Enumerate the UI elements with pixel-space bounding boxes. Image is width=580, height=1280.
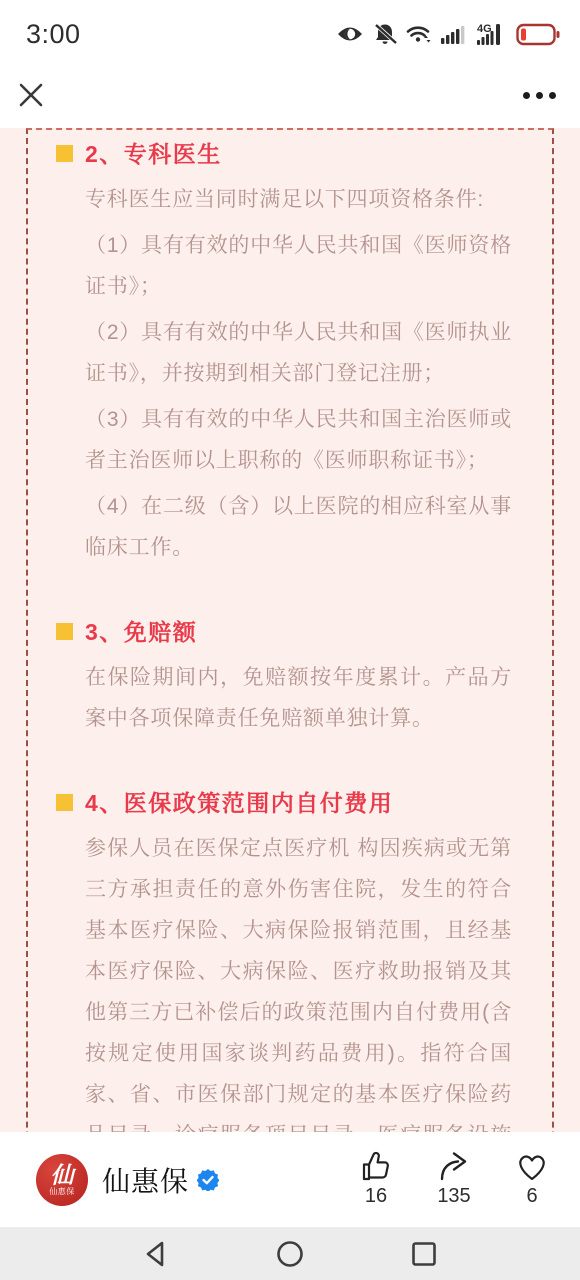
home-circle-icon [275, 1239, 305, 1269]
phone-screen: 3:00 [0, 0, 580, 1280]
recents-button[interactable] [403, 1233, 445, 1275]
dot-icon [536, 92, 543, 99]
share-button[interactable]: 135 [430, 1151, 478, 1208]
back-button[interactable] [135, 1233, 177, 1275]
logo-character: 仙 [51, 1163, 74, 1187]
bullet-square-icon [56, 145, 73, 162]
section-heading: 4、医保政策范围内自付费用 [56, 789, 512, 817]
bullet-square-icon [56, 794, 73, 811]
heart-icon [515, 1151, 549, 1183]
favorite-count: 6 [526, 1185, 537, 1208]
clock: 3:00 [26, 19, 81, 50]
paragraph: （4）在二级（含）以上医院的相应科室从事临床工作。 [85, 486, 512, 568]
battery-low-icon [516, 23, 560, 46]
engagement-actions: 16 135 6 [352, 1151, 556, 1208]
4g-signal-icon: 4G [477, 22, 507, 46]
signal-icon [441, 24, 468, 45]
section-heading: 3、免赔额 [56, 618, 512, 646]
eye-protection-icon [336, 24, 364, 44]
account-name: 仙惠保 [102, 1160, 189, 1200]
paragraph: （2）具有有效的中华人民共和国《医师执业证书》，并按期到相关部门登记注册； [85, 312, 512, 394]
app-bar [0, 62, 580, 128]
paragraph: 参保人员在医保定点医疗机 构因疾病或无第三方承担责任的意外伤害住院，发生的符合基… [85, 828, 512, 1132]
home-button[interactable] [269, 1233, 311, 1275]
section-deductible: 3、免赔额 在保险期间内，免赔额按年度累计。产品方案中各项保障责任免赔额单独计算… [56, 618, 512, 739]
section-body: 在保险期间内，免赔额按年度累计。产品方案中各项保障责任免赔额单独计算。 [85, 657, 512, 739]
dashed-border-box: 2、专科医生 专科医生应当同时满足以下四项资格条件: （1）具有有效的中华人民共… [26, 128, 554, 1132]
favorite-button[interactable]: 6 [508, 1151, 556, 1208]
section-heading-text: 4、医保政策范围内自付费用 [85, 789, 393, 817]
wifi-icon [406, 24, 432, 45]
section-body: 专科医生应当同时满足以下四项资格条件: （1）具有有效的中华人民共和国《医师资格… [85, 179, 512, 568]
paragraph: （3）具有有效的中华人民共和国主治医师或者主治医师以上职称的《医师职称证书》； [85, 399, 512, 481]
section-self-paid-expenses: 4、医保政策范围内自付费用 参保人员在医保定点医疗机 构因疾病或无第三方承担责任… [56, 789, 512, 1132]
verified-badge-icon [197, 1169, 219, 1191]
section-heading-text: 2、专科医生 [85, 140, 222, 168]
share-count: 135 [437, 1185, 470, 1208]
dot-icon [523, 92, 530, 99]
article-viewport[interactable]: 2、专科医生 专科医生应当同时满足以下四项资格条件: （1）具有有效的中华人民共… [0, 128, 580, 1132]
section-heading-text: 3、免赔额 [85, 618, 197, 646]
account-avatar[interactable]: 仙 仙惠保 [36, 1154, 88, 1206]
account-bar: 仙 仙惠保 仙惠保 16 135 [0, 1132, 580, 1227]
android-navigation-bar [0, 1227, 580, 1280]
paragraph: 在保险期间内，免赔额按年度累计。产品方案中各项保障责任免赔额单独计算。 [85, 657, 512, 739]
status-bar: 3:00 [0, 0, 580, 62]
recents-square-icon [409, 1239, 439, 1269]
section-specialist-doctor: 2、专科医生 专科医生应当同时满足以下四项资格条件: （1）具有有效的中华人民共… [56, 140, 512, 568]
close-icon [17, 81, 45, 109]
like-button[interactable]: 16 [352, 1151, 400, 1208]
account-name-row[interactable]: 仙惠保 [102, 1160, 219, 1200]
more-menu-button[interactable] [517, 82, 562, 109]
section-heading: 2、专科医生 [56, 140, 512, 168]
section-body: 参保人员在医保定点医疗机 构因疾病或无第三方承担责任的意外伤害住院，发生的符合基… [85, 828, 512, 1132]
paragraph: 专科医生应当同时满足以下四项资格条件: [85, 179, 512, 220]
logo-subtext: 仙惠保 [49, 1187, 75, 1196]
network-type-label: 4G [477, 23, 492, 35]
like-count: 16 [365, 1185, 387, 1208]
thumbs-up-icon [359, 1151, 393, 1183]
paragraph: （1）具有有效的中华人民共和国《医师资格证书》； [85, 225, 512, 307]
back-triangle-icon [141, 1239, 171, 1269]
bullet-square-icon [56, 623, 73, 640]
status-icons: 4G [336, 22, 560, 46]
close-button[interactable] [14, 78, 48, 112]
share-arrow-icon [437, 1151, 471, 1183]
dot-icon [549, 92, 556, 99]
notifications-muted-icon [373, 23, 397, 45]
